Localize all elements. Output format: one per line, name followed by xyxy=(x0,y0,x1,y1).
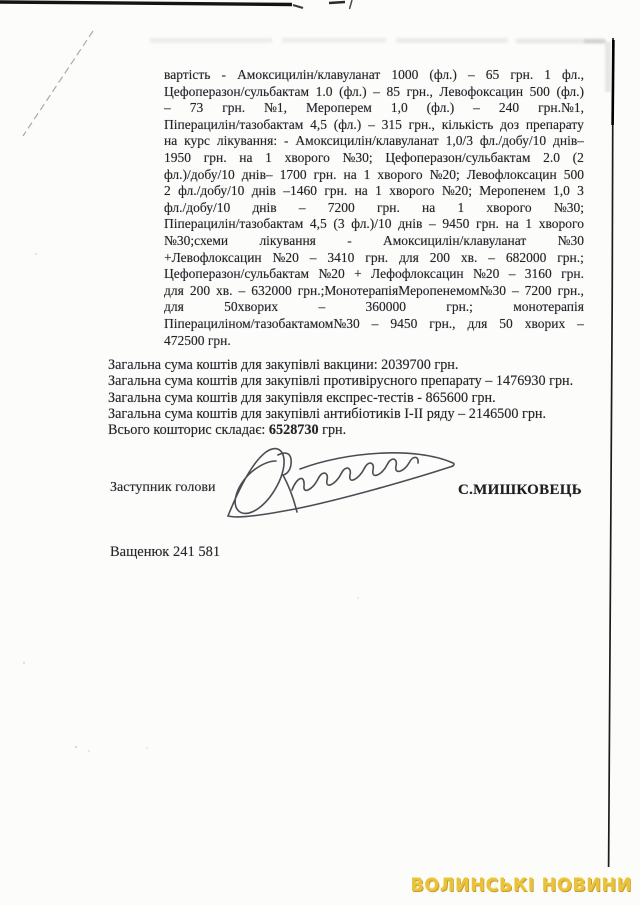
paragraph-line: –73грн.№1,Мероперем1,0(фл.)–240грн.№1, xyxy=(164,100,584,117)
paragraph-line: вартість-Амоксицилін/клавуланат1000(фл.)… xyxy=(164,67,584,84)
paragraph-line: Піперациліном/тазобактамом№30–9450грн.,д… xyxy=(164,316,584,333)
grand-total-label: Всього кошторис складає: xyxy=(108,422,265,438)
signatory-name: С.МИШКОВЕЦЬ xyxy=(458,482,582,499)
total-line-antiviral: Загальна сума коштів для закупівлі проти… xyxy=(108,373,608,389)
paragraph-line: Цефоперазон/сульбактам1.0(фл.)–85грн.,Ле… xyxy=(164,84,584,101)
paragraph-line: для200хв.–632000грн.;МонотерапіяМеропене… xyxy=(164,283,584,300)
paragraph-line: 2фл./добу/10днів–1460грн.на1хворого№20;М… xyxy=(164,183,584,200)
scanned-document-page: вартість-Амоксицилін/клавуланат1000(фл.)… xyxy=(0,0,640,905)
right-edge-line xyxy=(605,38,613,867)
paragraph-line: Піперацилін/тазобактам4,5(3фл.)/10днів–9… xyxy=(164,216,584,233)
paragraph-line: Піперацилін/тазобактам4,5(фл.)–315грн.,к… xyxy=(164,117,584,134)
paragraph-line: №30;схемилікування-Амоксицилін/клавулана… xyxy=(164,233,584,250)
signature xyxy=(228,449,454,517)
total-line-antibiotics: Загальна сума коштів для закупівлі антиб… xyxy=(108,406,608,422)
paragraph-line: +Левофлоксацин№20–3410грн.для200хв.–6820… xyxy=(164,250,584,267)
paragraph-line: фл.)/добу/10днів–1700грн.на1хворого№20;Л… xyxy=(164,167,584,184)
paragraph-line: для50хворих–360000грн.;монотерапія xyxy=(164,299,584,316)
executor-reference: Ващенюк 241 581 xyxy=(110,544,220,561)
body-paragraph: вартість-Амоксицилін/клавуланат1000(фл.)… xyxy=(164,67,584,349)
paragraph-line: 1950грн.на1хворого№30;Цефоперазон/сульба… xyxy=(164,150,584,167)
paragraph-line: накурслікування:-Амоксицилін/клавуланат1… xyxy=(164,133,584,150)
total-line-vaccine: Загальна сума коштів для закупівлі вакци… xyxy=(108,357,608,373)
top-edge-scan-line xyxy=(0,0,352,9)
smudge-band xyxy=(150,38,606,44)
total-line-express-tests: Загальна сума коштів для закупівля експр… xyxy=(108,390,608,406)
grand-total-line: Всього кошторис складає: 6528730 грн. xyxy=(108,422,608,438)
paragraph-line: Цефоперазон/сульбактам№20+Лефофлоксацин№… xyxy=(164,266,584,283)
signatory-title: Заступник голови xyxy=(110,480,215,496)
paragraph-line: 472500 грн. xyxy=(164,333,584,350)
paragraph-line: фл./добу/10днів–7200грн.на1хворого№30; xyxy=(164,200,584,217)
diagonal-scratch xyxy=(23,31,93,136)
news-watermark: ВОЛИНСЬКІ НОВИНИ xyxy=(410,876,632,896)
grand-total-value: 6528730 xyxy=(269,422,319,438)
grand-total-suffix: грн. xyxy=(322,422,346,438)
totals-block: Загальна сума коштів для закупівлі вакци… xyxy=(108,357,608,438)
